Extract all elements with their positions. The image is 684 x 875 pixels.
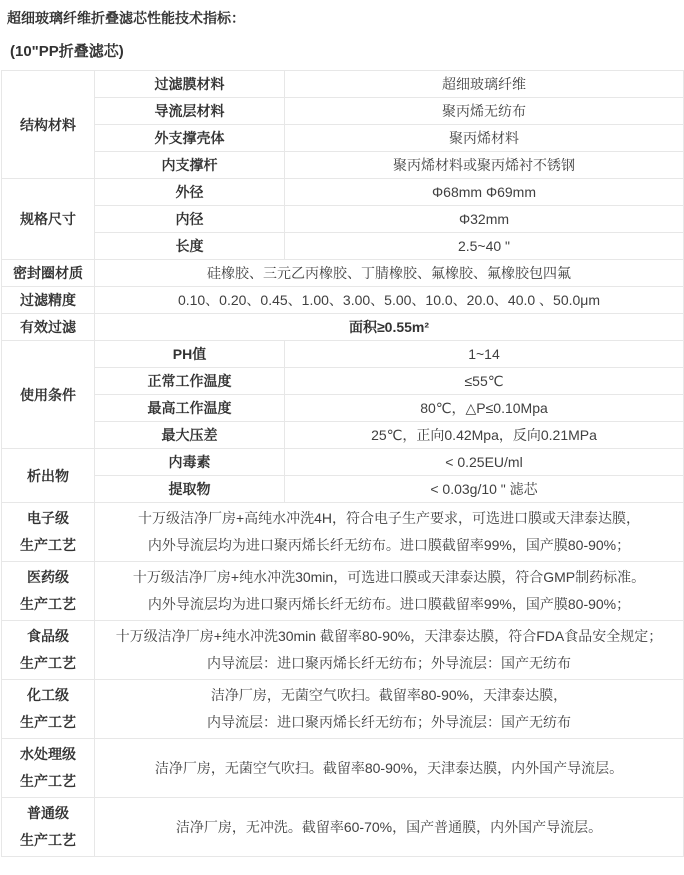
spec-label: 外径 [95,179,285,206]
spec-value: 聚丙烯材料 [285,125,684,152]
table-row: 最大压差 25℃，正向0.42Mpa，反向0.21MPa [2,422,684,449]
group-label-process-food: 食品级 生产工艺 [2,621,95,680]
spec-label: PH值 [95,341,285,368]
table-row: 过滤精度 0.10、0.20、0.45、1.00、3.00、5.00、10.0、… [2,287,684,314]
spec-value: 80℃，△P≤0.10Mpa [285,395,684,422]
spec-value: 25℃，正向0.42Mpa，反向0.21MPa [285,422,684,449]
spec-value: Φ32mm [285,206,684,233]
spec-label: 内径 [95,206,285,233]
group-label-process-electronic: 电子级 生产工艺 [2,503,95,562]
page-subtitle: (10"PP折叠滤芯) [10,42,684,61]
table-row: 最高工作温度 80℃，△P≤0.10Mpa [2,395,684,422]
group-label-conditions: 使用条件 [2,341,95,449]
table-row: 有效过滤 面积≥0.55m² [2,314,684,341]
spec-value: 聚丙烯材料或聚丙烯衬不锈钢 [285,152,684,179]
group-label-process-common: 普通级 生产工艺 [2,798,95,857]
group-label-process-water: 水处理级 生产工艺 [2,739,95,798]
spec-value: < 0.25EU/ml [285,449,684,476]
table-row: 长度 2.5~40 " [2,233,684,260]
spec-value: ≤55℃ [285,368,684,395]
table-row: 电子级 生产工艺 十万级洁净厂房+高纯水冲洗4H，符合电子生产要求，可选进口膜或… [2,503,684,562]
page-title: 超细玻璃纤维折叠滤芯性能技术指标： [7,9,684,27]
table-row: 密封圈材质 硅橡胶、三元乙丙橡胶、丁腈橡胶、氟橡胶、氟橡胶包四氟 [2,260,684,287]
group-label-process-chemical: 化工级 生产工艺 [2,680,95,739]
group-label-seal: 密封圈材质 [2,260,95,287]
spec-value: 0.10、0.20、0.45、1.00、3.00、5.00、10.0、20.0、… [95,287,684,314]
spec-value: < 0.03g/10 " 滤芯 [285,476,684,503]
spec-value: 硅橡胶、三元乙丙橡胶、丁腈橡胶、氟橡胶、氟橡胶包四氟 [95,260,684,287]
table-row: 提取物 < 0.03g/10 " 滤芯 [2,476,684,503]
spec-value: Φ68mm Φ69mm [285,179,684,206]
table-row: 水处理级 生产工艺 洁净厂房，无菌空气吹扫。截留率80-90%，天津泰达膜，内外… [2,739,684,798]
table-row: 普通级 生产工艺 洁净厂房，无冲洗。截留率60-70%，国产普通膜，内外国产导流… [2,798,684,857]
table-row: 医药级 生产工艺 十万级洁净厂房+纯水冲洗30min，可选进口膜或天津泰达膜，符… [2,562,684,621]
spec-label: 内毒素 [95,449,285,476]
spec-value: 1~14 [285,341,684,368]
spec-label: 提取物 [95,476,285,503]
spec-value: 洁净厂房，无菌空气吹扫。截留率80-90%，天津泰达膜， 内导流层：进口聚丙烯长… [95,680,684,739]
spec-value: 洁净厂房，无冲洗。截留率60-70%，国产普通膜，内外国产导流层。 [95,798,684,857]
group-label-process-pharma: 医药级 生产工艺 [2,562,95,621]
table-row: 析出物 内毒素 < 0.25EU/ml [2,449,684,476]
spec-value: 十万级洁净厂房+纯水冲洗30min 截留率80-90%，天津泰达膜，符合FDA食… [95,621,684,680]
table-row: 结构材料 过滤膜材料 超细玻璃纤维 [2,71,684,98]
spec-label: 正常工作温度 [95,368,285,395]
spec-value: 十万级洁净厂房+纯水冲洗30min，可选进口膜或天津泰达膜，符合GMP制药标准。… [95,562,684,621]
table-row: 导流层材料 聚丙烯无纺布 [2,98,684,125]
spec-value: 2.5~40 " [285,233,684,260]
group-label-structure: 结构材料 [2,71,95,179]
spec-label: 最高工作温度 [95,395,285,422]
group-label-extracts: 析出物 [2,449,95,503]
table-row: 化工级 生产工艺 洁净厂房，无菌空气吹扫。截留率80-90%，天津泰达膜， 内导… [2,680,684,739]
group-label-precision: 过滤精度 [2,287,95,314]
table-row: 内支撑杆 聚丙烯材料或聚丙烯衬不锈钢 [2,152,684,179]
table-row: 外支撑壳体 聚丙烯材料 [2,125,684,152]
group-label-area: 有效过滤 [2,314,95,341]
spec-value: 聚丙烯无纺布 [285,98,684,125]
table-row: 食品级 生产工艺 十万级洁净厂房+纯水冲洗30min 截留率80-90%，天津泰… [2,621,684,680]
group-label-dimensions: 规格尺寸 [2,179,95,260]
spec-label: 长度 [95,233,285,260]
page: 超细玻璃纤维折叠滤芯性能技术指标： (10"PP折叠滤芯) 结构材料 过滤膜材料… [0,9,684,857]
table-row: 使用条件 PH值 1~14 [2,341,684,368]
table-row: 内径 Φ32mm [2,206,684,233]
spec-label: 过滤膜材料 [95,71,285,98]
spec-value: 超细玻璃纤维 [285,71,684,98]
spec-label: 内支撑杆 [95,152,285,179]
spec-table: 结构材料 过滤膜材料 超细玻璃纤维 导流层材料 聚丙烯无纺布 外支撑壳体 聚丙烯… [1,70,684,857]
spec-value: 面积≥0.55m² [95,314,684,341]
spec-value: 十万级洁净厂房+高纯水冲洗4H，符合电子生产要求，可选进口膜或天津泰达膜， 内外… [95,503,684,562]
spec-label: 最大压差 [95,422,285,449]
table-row: 正常工作温度 ≤55℃ [2,368,684,395]
spec-label: 导流层材料 [95,98,285,125]
spec-value: 洁净厂房，无菌空气吹扫。截留率80-90%，天津泰达膜，内外国产导流层。 [95,739,684,798]
table-row: 规格尺寸 外径 Φ68mm Φ69mm [2,179,684,206]
spec-label: 外支撑壳体 [95,125,285,152]
